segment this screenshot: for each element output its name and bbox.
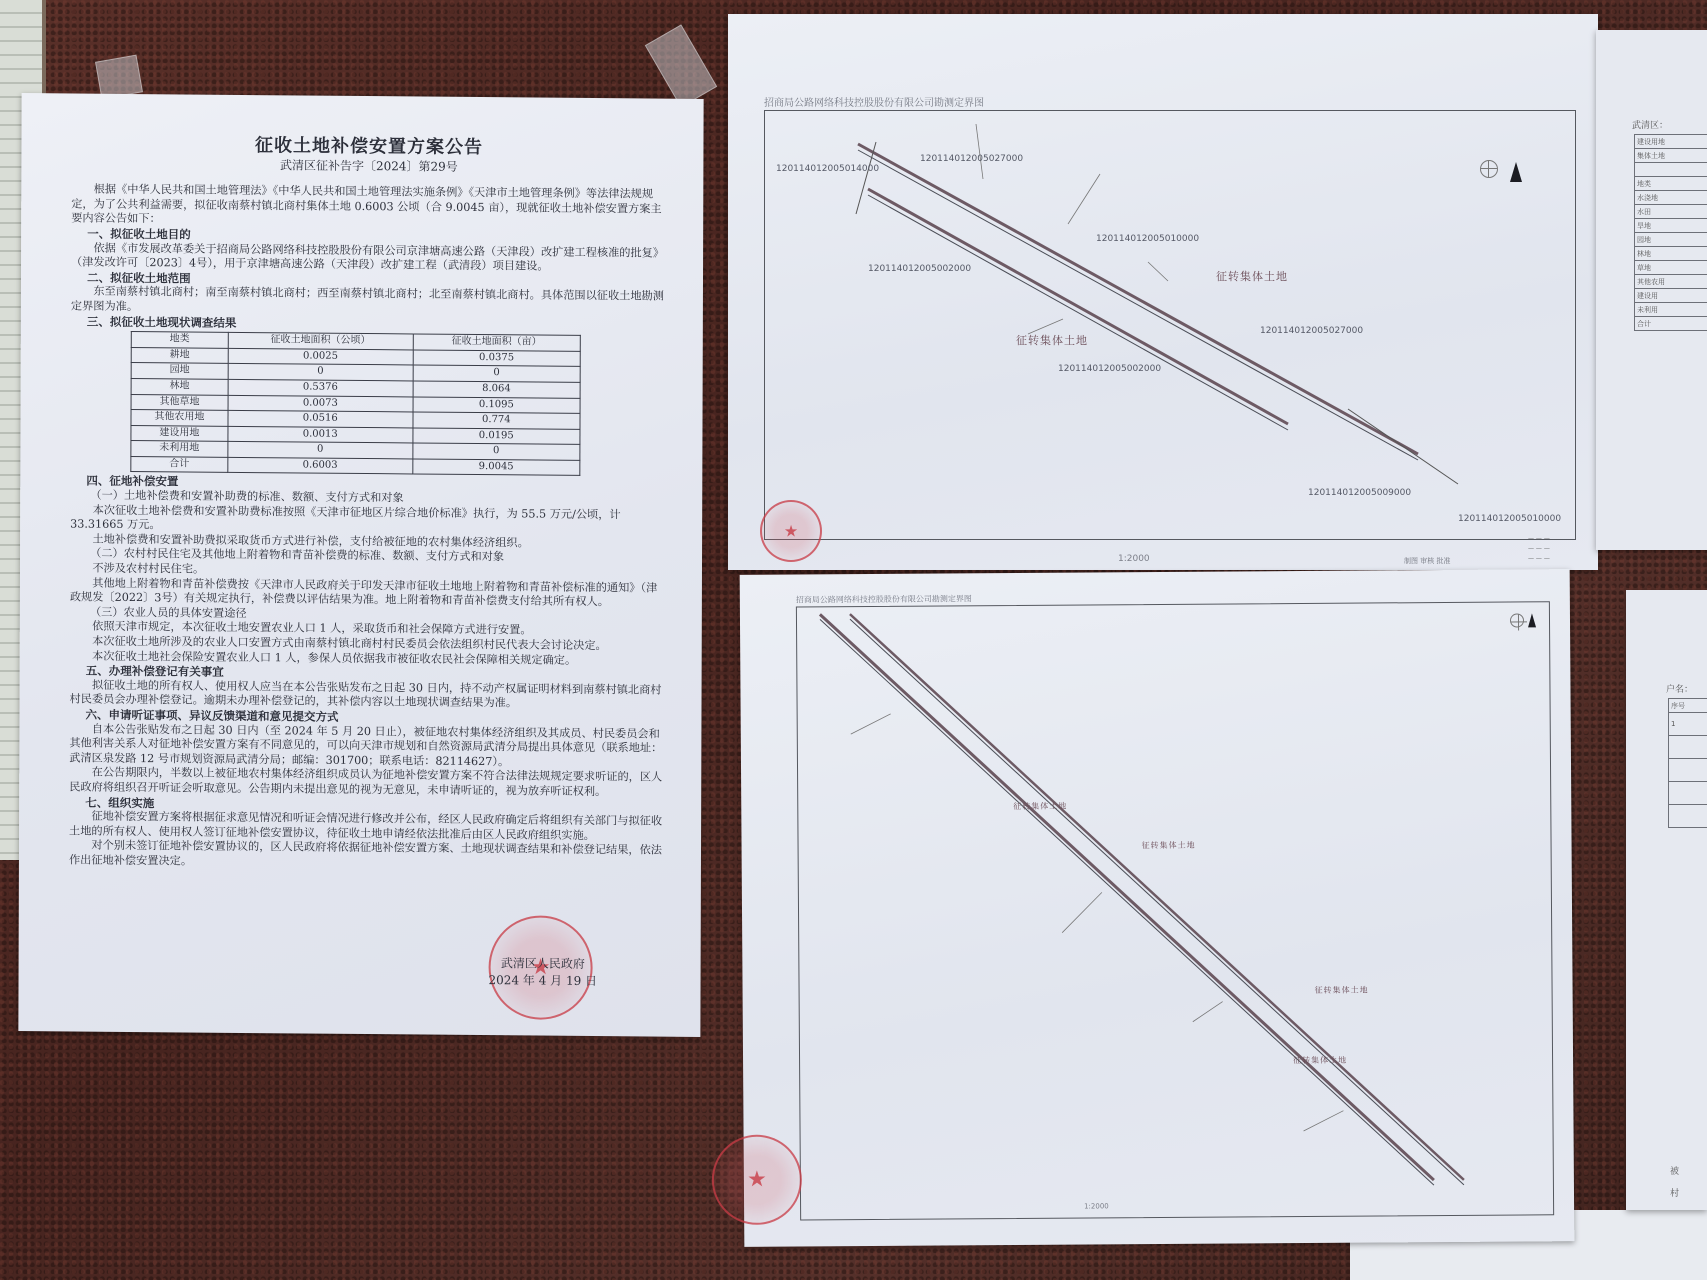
section-text: 自本公告张贴发布之日起 30 日内（至 2024 年 5 月 20 日止），被征… [69, 722, 664, 771]
table-cell: 0 [228, 364, 413, 381]
land-type-label: 征转集体土地 [1216, 268, 1288, 284]
table-cell: 0.0025 [228, 348, 413, 365]
table-cell: 其他草地 [131, 394, 228, 410]
parcel-code: 120114012005010000 [1096, 234, 1199, 244]
compass-icon [1510, 613, 1524, 627]
table-header: 征收土地面积（公顷） [228, 332, 413, 349]
survey-seal-icon: ★ [712, 1134, 803, 1225]
survey-map-bottom: 招商局公路网络科技控股股份有限公司勘测定界图 征转集体土地 征转集体土地 征转集… [740, 569, 1575, 1247]
land-survey-table: 地类 征收土地面积（公顷） 征收土地面积（亩） 耕地0.00250.0375园地… [130, 331, 580, 476]
tape-piece [95, 55, 143, 100]
side-form-table: 建设用地集体土地地类水浇地水田旱地园地林地草地其他农用建设用未利用合计 [1634, 134, 1707, 331]
land-type-label: 征转集体土地 [1013, 801, 1067, 812]
footer-text: 村 [1670, 1186, 1679, 1199]
map-legend: — — —— — —— — — [1528, 534, 1550, 564]
table-cell: 1 [1669, 713, 1707, 736]
land-type-label: 征转集体土地 [1016, 332, 1088, 348]
parcel-code: 120114012005009000 [1308, 488, 1411, 498]
section-text: 在公告期限内，半数以上被征地农村集体经济组织成员认为征地补偿安置方案不符合法律法… [69, 766, 664, 800]
north-arrow-icon [1510, 162, 1522, 182]
table-cell: 0.5376 [228, 379, 413, 396]
household-name-label: 户名： [1666, 682, 1693, 695]
table-cell [1669, 759, 1707, 782]
table-cell [1669, 805, 1707, 828]
table-cell: 0.6003 [228, 457, 413, 474]
household-table: 序号 1 [1668, 698, 1707, 828]
table-cell [1635, 163, 1707, 177]
table-cell: 0.0375 [413, 350, 580, 367]
table-header: 序号 [1669, 699, 1707, 713]
table-cell: 0.774 [413, 412, 580, 429]
table-cell: 0.0516 [228, 410, 413, 427]
parcel-code: 120114012005014000 [776, 164, 879, 174]
table-cell: 建设用地 [131, 425, 228, 441]
table-cell: 林地 [1635, 247, 1707, 261]
table-cell: 0.1095 [413, 396, 580, 413]
table-cell: 建设用地 [1635, 135, 1707, 149]
issuer-name: 武清区人民政府 [489, 955, 598, 973]
road-lines [728, 14, 1598, 570]
table-cell: 0.0195 [413, 428, 580, 445]
land-expropriation-notice: 征收土地补偿安置方案公告 武清区征补告字〔2024〕第29号 根据《中华人民共和… [18, 93, 703, 1037]
table-cell: 草地 [1635, 261, 1707, 275]
table-header: 地类 [131, 332, 228, 348]
table-cell: 0.0073 [228, 395, 413, 412]
table-cell: 集体土地 [1635, 149, 1707, 163]
table-header: 征收土地面积（亩） [413, 334, 580, 351]
table-cell: 水浇地 [1635, 191, 1707, 205]
land-type-label: 征转集体土地 [1142, 840, 1196, 851]
north-arrow-icon [1528, 613, 1536, 627]
footer-text: 被 [1670, 1164, 1679, 1177]
parcel-code: 120114012005027000 [1260, 326, 1363, 336]
map-scale: 1:2000 [1084, 1202, 1109, 1210]
table-cell: 0 [413, 365, 580, 382]
parcel-code: 120114012005010000 [1458, 514, 1561, 524]
table-cell: 合计 [131, 456, 228, 472]
table-cell: 园地 [131, 363, 228, 379]
table-cell: 其他农用地 [131, 410, 228, 426]
table-cell: 合计 [1635, 317, 1707, 331]
parcel-code: 120114012005002000 [1058, 364, 1161, 374]
survey-map-top: 招商局公路网络科技控股股份有限公司勘测定界图 12011401200501400… [728, 14, 1598, 570]
signature-block: 武清区人民政府 2024 年 4 月 19 日 [489, 955, 598, 990]
table-cell: 旱地 [1635, 219, 1707, 233]
table-cell: 其他农用 [1635, 275, 1707, 289]
table-cell: 地类 [1635, 177, 1707, 191]
table-cell: 园地 [1635, 233, 1707, 247]
table-cell: 8.064 [413, 381, 580, 398]
table-cell: 未利用 [1635, 303, 1707, 317]
section-text: 对个别未签订征地补偿安置协议的，区人民政府将依据征地补偿安置方案、土地现状调查结… [69, 839, 664, 873]
table-cell: 0 [228, 442, 413, 459]
parcel-code: 120114012005027000 [920, 154, 1023, 164]
compass-icon [1480, 160, 1498, 178]
table-cell: 0 [413, 443, 580, 460]
table-cell: 9.0045 [413, 459, 580, 476]
table-cell: 0.0013 [228, 426, 413, 443]
table-cell: 建设用 [1635, 289, 1707, 303]
table-cell [1669, 736, 1707, 759]
table-cell: 耕地 [131, 347, 228, 363]
side-form-top: 武清区： 建设用地集体土地地类水浇地水田旱地园地林地草地其他农用建设用未利用合计 [1596, 30, 1707, 550]
table-cell: 水田 [1635, 205, 1707, 219]
table-cell: 未利用地 [131, 441, 228, 457]
land-type-label: 征转集体土地 [1315, 985, 1369, 996]
survey-seal-icon: ★ [760, 500, 822, 562]
notice-doc-number: 武清区征补告字〔2024〕第29号 [71, 156, 666, 176]
side-form-bottom: 户名： 序号 1 被 村 [1626, 590, 1707, 1210]
table-cell: 林地 [131, 378, 228, 394]
district-label: 武清区： [1632, 118, 1668, 131]
table-cell [1669, 782, 1707, 805]
notice-intro: 根据《中华人民共和国土地管理法》《中华人民共和国土地管理法实施条例》《天津市土地… [71, 183, 666, 232]
land-type-label: 征转集体土地 [1293, 1055, 1347, 1066]
issue-date: 2024 年 4 月 19 日 [489, 972, 598, 990]
road-lines [740, 569, 1575, 1247]
map-signers: 制图 审核 批准 [1404, 556, 1450, 566]
map-scale: 1:2000 [1118, 554, 1150, 564]
table-row: 合计0.60039.0045 [131, 456, 580, 476]
parcel-code: 120114012005002000 [868, 264, 971, 274]
notice-title: 征收土地补偿安置方案公告 [71, 137, 666, 157]
